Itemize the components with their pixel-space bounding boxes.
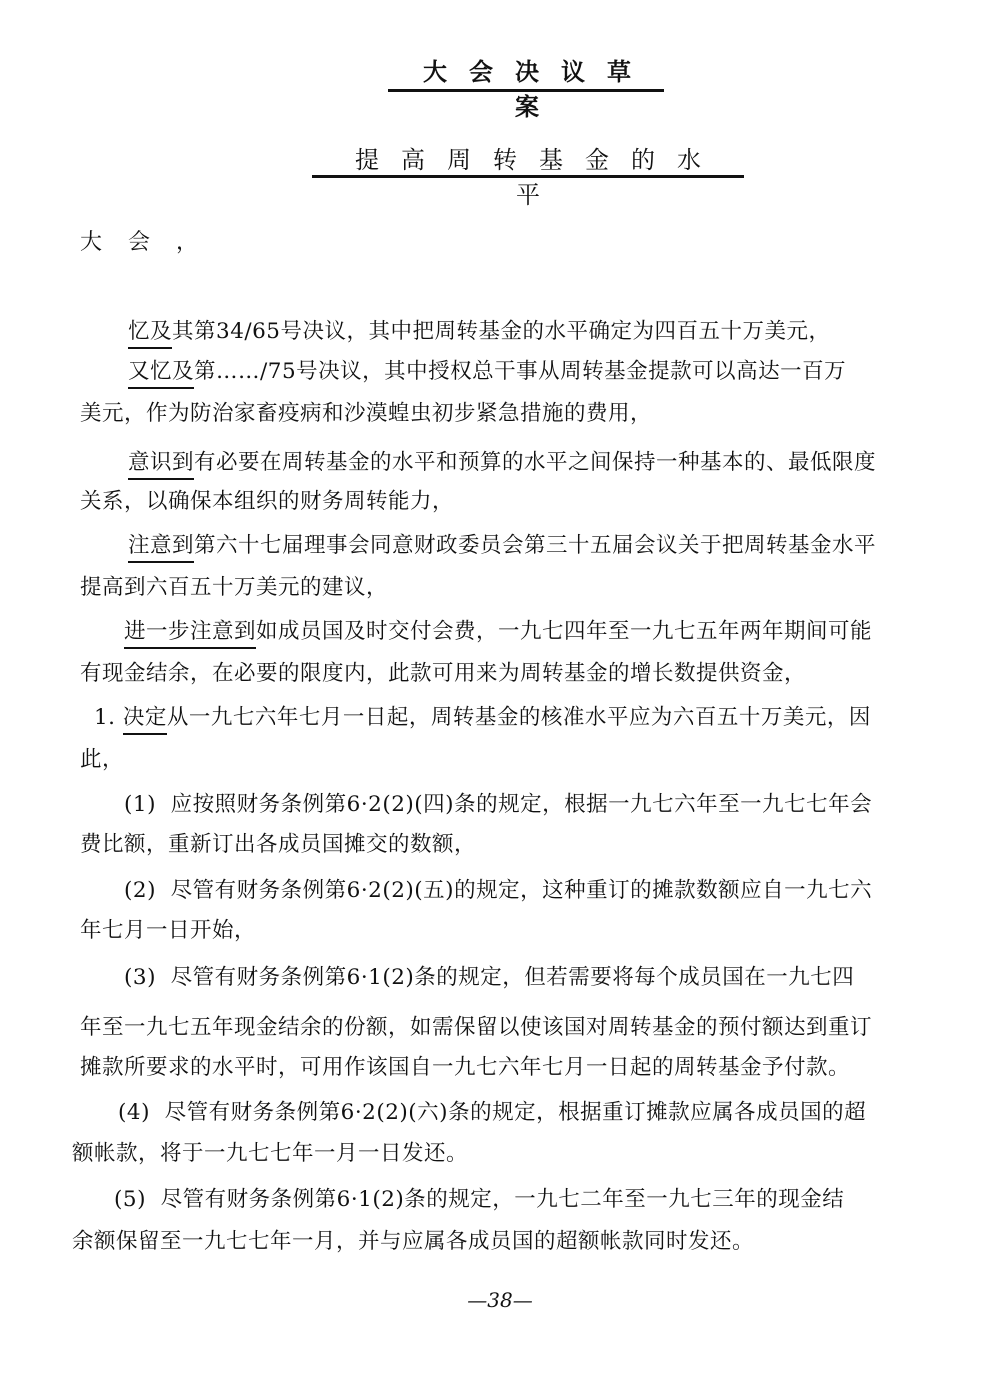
clause-continuation: 余额保留至一九七七年一月，并与应属各成员国的超额帐款同时发还。: [72, 1224, 754, 1255]
clause-lead: 决定: [123, 705, 167, 735]
clause-continuation: 年七月一日开始，: [80, 913, 256, 944]
clause-number: 1.: [94, 705, 116, 730]
salutation: 大会，: [80, 225, 224, 256]
sub-clause-label: (4): [118, 1100, 150, 1125]
clause-text: 有必要在周转基金的水平和预算的水平之间保持一种基本的、最低限度: [194, 450, 876, 475]
sub-clause: (5) 尽管有财务条例第6·1(2)条的规定，一九七二年至一九七三年的现金结: [114, 1182, 844, 1213]
sub-clause-label: (1): [124, 792, 156, 817]
operative-clause: 1. 决定从一九七六年七月一日起，周转基金的核准水平应为六百五十万美元，因: [94, 700, 871, 731]
clause-text: 第……/75号决议，其中授权总干事从周转基金提款可以高达一百万: [194, 359, 846, 384]
document-title: 大会决议草案: [390, 52, 664, 122]
sub-clause-label: (5): [114, 1187, 146, 1212]
clause-continuation: 美元，作为防治家畜疫病和沙漠蝗虫初步紧急措施的费用，: [80, 396, 652, 427]
title-underline: [388, 89, 664, 92]
clause-text: 尽管有财务条例第6·1(2)条的规定，一九七二年至一九七三年的现金结: [161, 1187, 845, 1212]
clause-text: 尽管有财务条例第6·2(2)(五)的规定，这种重订的摊款数额应自一九七六: [171, 878, 872, 903]
clause-text: 如成员国及时交付会费，一九七四年至一九七五年两年期间可能: [256, 619, 872, 644]
preamble-clause: 注意到第六十七届理事会同意财政委员会第三十五届会议关于把周转基金水平: [128, 528, 876, 559]
preamble-clause: 进一步注意到如成员国及时交付会费，一九七四年至一九七五年两年期间可能: [124, 614, 872, 645]
clause-text: 尽管有财务条例第6·1(2)条的规定，但若需要将每个成员国在一九七四: [171, 965, 855, 990]
preamble-clause: 忆及其第34/65号决议，其中把周转基金的水平确定为四百五十万美元，: [128, 314, 830, 345]
clause-lead: 又忆及: [128, 359, 194, 389]
clause-lead: 注意到: [128, 533, 194, 563]
page-number: —38—: [0, 1288, 1000, 1312]
sub-clause: (3) 尽管有财务条例第6·1(2)条的规定，但若需要将每个成员国在一九七四: [124, 960, 854, 991]
clause-text: 应按照财务条例第6·2(2)(四)条的规定，根据一九七六年至一九七七年会: [171, 792, 872, 817]
subtitle-underline: [312, 175, 744, 178]
clause-lead: 意识到: [128, 450, 194, 480]
clause-continuation: 有现金结余，在必要的限度内，此款可用来为周转基金的增长数提供资金，: [80, 656, 806, 687]
clause-continuation: 提高到六百五十万美元的建议，: [80, 570, 388, 601]
clause-lead: 忆及: [128, 319, 172, 349]
clause-continuation: 此，: [80, 742, 124, 773]
clause-continuation: 年至一九七五年现金结余的份额，如需保留以使该国对周转基金的预付额达到重订: [80, 1010, 872, 1041]
sub-clause: (1) 应按照财务条例第6·2(2)(四)条的规定，根据一九七六年至一九七七年会: [124, 787, 872, 818]
clause-text: 尽管有财务条例第6·2(2)(六)条的规定，根据重订摊款应属各成员国的超: [165, 1100, 866, 1125]
sub-clause-label: (3): [124, 965, 156, 990]
clause-continuation: 费比额，重新订出各成员国摊交的数额，: [80, 827, 476, 858]
clause-lead: 进一步注意到: [124, 619, 256, 649]
sub-clause: (4) 尽管有财务条例第6·2(2)(六)条的规定，根据重订摊款应属各成员国的超: [118, 1095, 866, 1126]
preamble-clause: 又忆及第……/75号决议，其中授权总干事从周转基金提款可以高达一百万: [128, 354, 846, 385]
clause-continuation: 额帐款，将于一九七七年一月一日发还。: [72, 1136, 468, 1167]
clause-text: 从一九七六年七月一日起，周转基金的核准水平应为六百五十万美元，因: [167, 705, 871, 730]
sub-clause: (2) 尽管有财务条例第6·2(2)(五)的规定，这种重订的摊款数额应自一九七六: [124, 873, 872, 904]
clause-continuation: 关系，以确保本组织的财务周转能力，: [80, 484, 454, 515]
clause-text: 第六十七届理事会同意财政委员会第三十五届会议关于把周转基金水平: [194, 533, 876, 558]
sub-clause-label: (2): [124, 878, 156, 903]
clause-continuation: 摊款所要求的水平时，可用作该国自一九七六年七月一日起的周转基金予付款。: [80, 1050, 850, 1081]
clause-text: 其第34/65号决议，其中把周转基金的水平确定为四百五十万美元，: [172, 319, 830, 344]
preamble-clause: 意识到有必要在周转基金的水平和预算的水平之间保持一种基本的、最低限度: [128, 445, 876, 476]
